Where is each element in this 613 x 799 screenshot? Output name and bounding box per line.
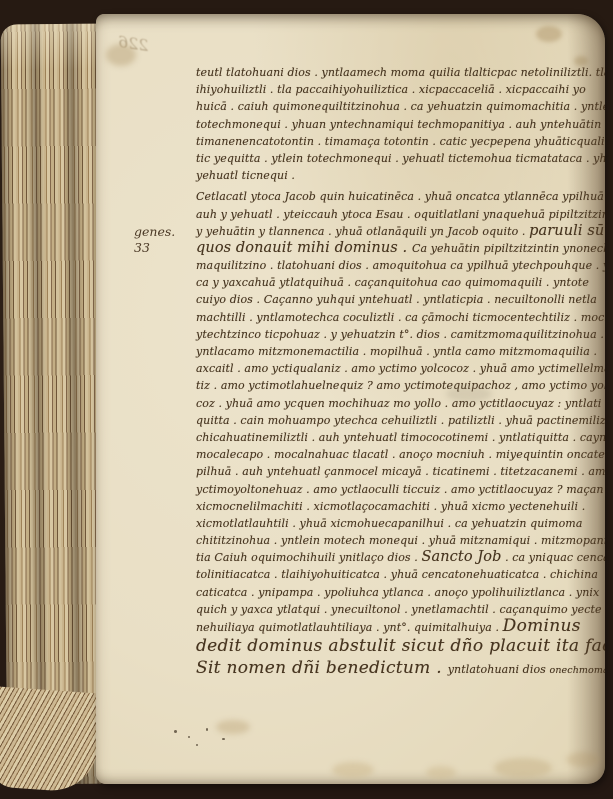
text-segment: tiz . amo yctimotlahuelnequiz ? amo ycti…	[196, 379, 605, 392]
text-segment: Dominus	[503, 616, 581, 636]
text-segment: tolinitiacatca . tlaihiyohuiticatca . yh…	[196, 568, 598, 581]
text-line: teutl tlatohuani dios . yntlaamech moma …	[196, 64, 598, 81]
stain	[566, 752, 600, 767]
text-line: yehuatl ticnequi .	[196, 167, 598, 184]
text-line: Sit nomen dñi benedictum . yntlatohuani …	[196, 657, 598, 679]
text-segment: caticatca . ynipampa . ypoliuhca ytlanca…	[196, 586, 599, 599]
text-line: chititzinohua . yntlein motech monequi .…	[196, 532, 598, 549]
text-segment: paruuli sūt	[529, 223, 605, 239]
text-segment: timanenencatotontin . timamaça totontin …	[196, 135, 605, 148]
text-segment: Ca yehuātin pipiltzitzintin ynonechmo	[412, 242, 605, 255]
marginal-note-chapter: 33	[134, 240, 175, 256]
stain	[332, 762, 374, 778]
text-line: ytechtzinco ticpohuaz . y yehuatzin t°. …	[196, 326, 598, 343]
text-segment: y yehuātin y tlannenca . yhuā otlanāquil…	[196, 225, 529, 238]
text-line: huicā . caiuh quimonequiltitzinohua . ca…	[196, 98, 598, 115]
marginal-note: genes. 33	[134, 224, 175, 256]
text-line: pilhuā . auh yntehuatl çanmocel micayā .…	[196, 463, 598, 480]
text-line: machtilli . yntlamotechca coculiztli . c…	[196, 309, 598, 326]
text-segment: ihiyohuiliztli . tla paccaihiyohuiliztic…	[196, 83, 586, 96]
text-line: auh y yehuatl . yteiccauh ytoca Esau . o…	[196, 206, 598, 223]
ink-speck	[196, 744, 198, 746]
text-segment: Sit nomen dñi benedictum .	[196, 658, 448, 678]
text-line: cuiyo dios . Caçanno yuhqui yntehuatl . …	[196, 291, 598, 308]
text-segment: huicā . caiuh quimonequiltitzinohua . ca…	[196, 100, 605, 113]
text-segment: teutl tlatohuani dios . yntlaamech moma …	[196, 66, 605, 79]
text-segment: tic yequitta . ytlein totechmonequi . ye…	[196, 152, 605, 165]
text-segment: coz . yhuā amo ycquen mochihuaz mo yollo…	[196, 397, 601, 410]
text-segment: cuiyo dios . Caçanno yuhqui yntehuatl . …	[196, 293, 597, 306]
text-segment: yntlacamo mitzmonemactilia . mopilhuā . …	[196, 345, 597, 358]
text-segment: xicmotlatlauhtili . yhuā xicmohuecapanil…	[196, 517, 583, 530]
text-segment: maquilitzino . tlatohuani dios . amoquit…	[196, 259, 605, 272]
text-line: quitta . cain mohuampo ytechca cehuilizt…	[196, 412, 598, 429]
stain	[536, 26, 562, 42]
text-segment: yctimoyoltonehuaz . amo yctlaoculli ticc…	[196, 483, 604, 496]
text-segment: tia Caiuh oquimochihuili ynitlaço dios .	[196, 551, 421, 564]
text-line: coz . yhuā amo ycquen mochihuaz mo yollo…	[196, 395, 598, 412]
stain	[216, 720, 250, 734]
text-line: mocalecapo . mocalnahuac tlacatl . anoço…	[196, 446, 598, 463]
showthrough-page-number: 226	[117, 32, 150, 55]
text-line: quos donauit mihi dominus . Ca yehuātin …	[196, 240, 598, 257]
text-line: ca y yaxcahuā ytlatquihuā . caçanquitohu…	[196, 274, 598, 291]
text-line: yctimoyoltonehuaz . amo yctlaoculli ticc…	[196, 481, 598, 498]
text-segment: . ca yniquac cencamo	[502, 551, 606, 564]
text-segment: dedit dominus abstulit sicut dño placuit…	[196, 636, 605, 656]
ink-speck	[222, 738, 225, 740]
text-block: teutl tlatohuani dios . yntlaamech moma …	[196, 64, 598, 679]
text-line: yntlacamo mitzmonemactilia . mopilhuā . …	[196, 343, 598, 360]
text-line: timanenencatotontin . timamaça totontin …	[196, 133, 598, 150]
ink-speck	[188, 736, 190, 738]
text-line: nehuiliaya quimotlatlauhtiliaya . ynt°. …	[196, 618, 598, 635]
text-line: y yehuātin y tlannenca . yhuā otlanāquil…	[196, 223, 598, 240]
text-line: xicmotlatlauhtili . yhuā xicmohuecapanil…	[196, 515, 598, 532]
text-segment: pilhuā . auh yntehuatl çanmocel micayā .…	[196, 465, 605, 478]
text-segment: mocalecapo . mocalnahuac tlacatl . anoço…	[196, 448, 605, 461]
stain	[426, 766, 456, 779]
text-segment: chititzinohua . yntlein motech monequi .…	[196, 534, 605, 547]
text-line: totechmonequi . yhuan yntechnamiqui tech…	[196, 116, 598, 133]
text-segment: totechmonequi . yhuan yntechnamiqui tech…	[196, 118, 601, 131]
ink-speck	[174, 730, 177, 733]
text-segment: chicahuatinemiliztli . auh yntehuatl tim…	[196, 431, 605, 444]
text-segment: ca y yaxcahuā ytlatquihuā . caçanquitohu…	[196, 276, 589, 289]
stain	[494, 758, 552, 778]
text-line: tic yequitta . ytlein totechmonequi . ye…	[196, 150, 598, 167]
text-segment: axcaitl . amo yctiqualaniz . amo yctimo …	[196, 362, 605, 375]
text-segment: Cetlacatl ytoca Jacob quin huicatinēca .…	[196, 190, 604, 203]
text-line: maquilitzino . tlatohuani dios . amoquit…	[196, 257, 598, 274]
text-segment: machtilli . yntlamotechca coculiztli . c…	[196, 311, 605, 324]
text-line: Cetlacatl ytoca Jacob quin huicatinēca .…	[196, 188, 598, 205]
marginal-note-book: genes.	[134, 224, 175, 240]
text-segment: Sancto Job	[421, 549, 501, 565]
text-segment: quos donauit mihi dominus .	[196, 240, 412, 256]
text-line: caticatca . ynipampa . ypoliuhca ytlanca…	[196, 584, 598, 601]
text-line: tiz . amo yctimotlahuelnequiz ? amo ycti…	[196, 377, 598, 394]
text-line: ihiyohuiliztli . tla paccaihiyohuiliztic…	[196, 81, 598, 98]
manuscript-page: 226 genes. 33 teutl tlatohuani dios . yn…	[96, 14, 605, 784]
text-segment: yntlatohuani dios	[448, 663, 550, 676]
text-segment: auh y yehuatl . yteiccauh ytoca Esau . o…	[196, 208, 605, 221]
text-line: axcaitl . amo yctiqualaniz . amo yctimo …	[196, 360, 598, 377]
text-segment: quich y yaxca ytlatqui . ynecuiltonol . …	[196, 603, 602, 616]
book-photo: 226 genes. 33 teutl tlatohuani dios . yn…	[0, 0, 613, 799]
text-line: dedit dominus abstulit sicut dño placuit…	[196, 635, 598, 657]
text-line: xicmocnelilmachiti . xicmotlaçocamachiti…	[196, 498, 598, 515]
text-segment: nehuiliaya quimotlatlauhtiliaya . ynt°. …	[196, 621, 503, 634]
text-segment: xicmocnelilmachiti . xicmotlaçocamachiti…	[196, 500, 585, 513]
text-line: chicahuatinemiliztli . auh yntehuatl tim…	[196, 429, 598, 446]
text-line: tolinitiacatca . tlaihiyohuiticatca . yh…	[196, 566, 598, 583]
ink-speck	[206, 728, 208, 731]
text-segment: ytechtzinco ticpohuaz . y yehuatzin t°. …	[196, 328, 605, 341]
text-segment: quitta . cain mohuampo ytechca cehuilizt…	[196, 414, 605, 427]
text-segment: yehuatl ticnequi .	[196, 169, 295, 182]
text-line: tia Caiuh oquimochihuili ynitlaço dios .…	[196, 549, 598, 566]
text-segment: onechmomaquili .	[550, 665, 605, 676]
